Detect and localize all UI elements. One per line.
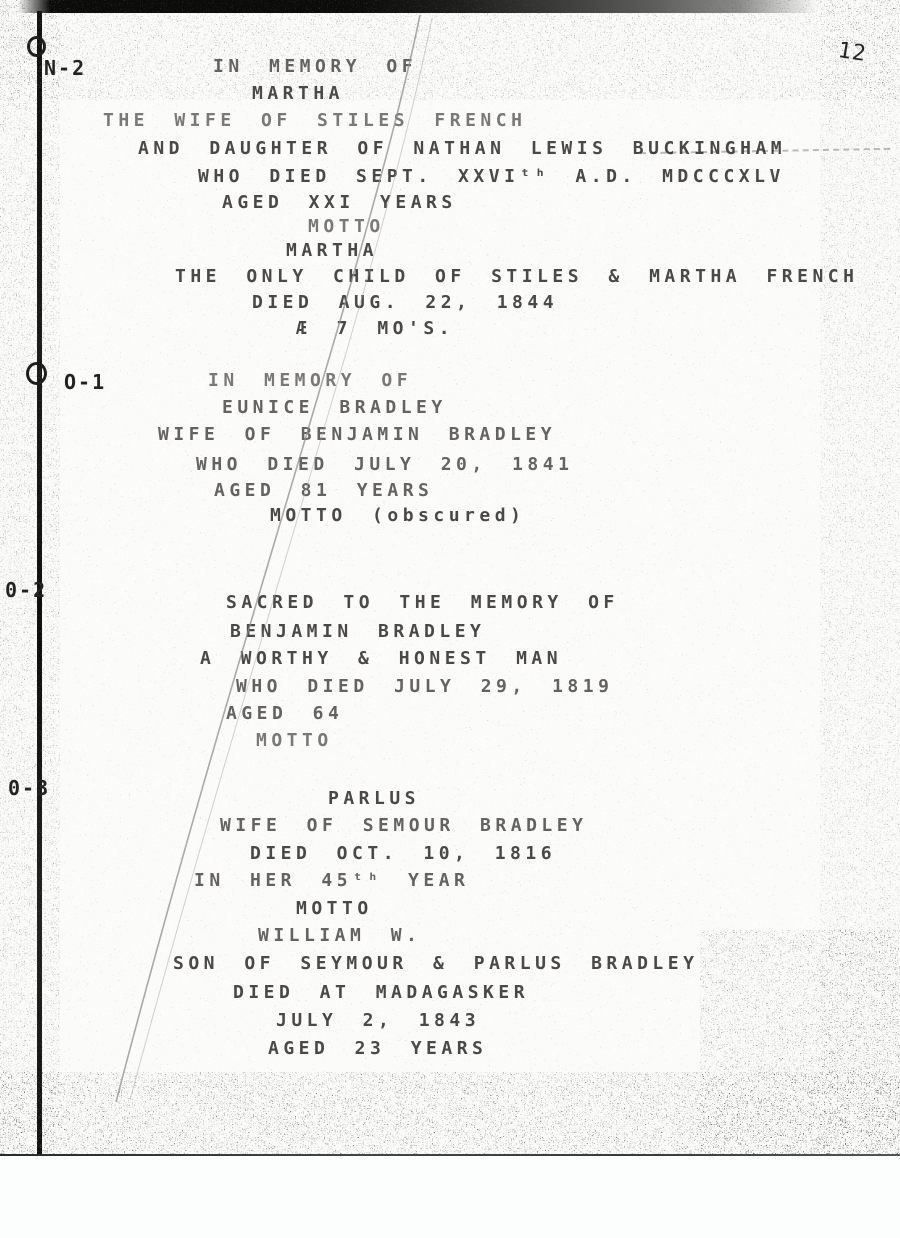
inscription-line: WIFE OF BENJAMIN BRADLEY [158, 424, 556, 445]
inscription-line: THE ONLY CHILD OF STILES & MARTHA FRENCH [175, 266, 858, 287]
page-number: 12 [836, 38, 868, 67]
top-binding-bar [18, 0, 818, 13]
inscription-line: Æ 7 MO'S. [296, 318, 454, 339]
inscription-line: AND DAUGHTER OF NATHAN LEWIS BUCKINGHAM [138, 138, 786, 159]
inscription-line: A WORTHY & HONEST MAN [200, 648, 562, 669]
section-label: O-1 [64, 370, 106, 394]
inscription-line: PARLUS [328, 788, 420, 809]
inscription-line: MARTHA [252, 83, 344, 104]
inscription-line: DIED OCT. 10, 1816 [250, 843, 556, 864]
inscription-line: DIED AUG. 22, 1844 [252, 292, 558, 313]
inscription-line: EUNICE BRADLEY [222, 397, 447, 418]
section-label: 0-2 [5, 578, 47, 602]
scanned-cemetery-inscription-page: 12 N-2 IN MEMORY OF MARTHA THE WIFE OF S… [0, 0, 900, 1238]
inscription-line: AGED 64 [226, 703, 343, 724]
inscription-line: MARTHA [286, 240, 378, 261]
inscription-line: WILLIAM W. [258, 925, 421, 946]
binding-loop-mark [26, 362, 47, 385]
inscription-line: IN MEMORY OF [213, 56, 417, 77]
section-label: N-2 [44, 56, 86, 80]
inscription-line: MOTTO [308, 216, 385, 237]
inscription-line: MOTTO [296, 898, 373, 919]
inscription-line: WHO DIED JULY 29, 1819 [236, 676, 613, 697]
inscription-line: WIFE OF SEMOUR BRADLEY [220, 815, 587, 836]
inscription-line: IN HER 45ᵗʰ YEAR [194, 870, 469, 891]
inscription-line: WHO DIED SEPT. XXVIᵗʰ A.D. MDCCCXLV [198, 166, 785, 187]
inscription-line: WHO DIED JULY 20, 1841 [196, 454, 573, 475]
section-label: 0-3 [8, 776, 50, 800]
inscription-line: SON OF SEYMOUR & PARLUS BRADLEY [173, 953, 698, 974]
inscription-line: AGED XXI YEARS [222, 192, 457, 213]
inscription-line: BENJAMIN BRADLEY [230, 621, 485, 642]
inscription-line: JULY 2, 1843 [276, 1010, 480, 1031]
inscription-line: IN MEMORY OF [208, 370, 412, 391]
binding-loop-mark [27, 36, 46, 57]
inscription-line: MOTTO (obscured) [270, 505, 525, 526]
inscription-line: AGED 81 YEARS [214, 480, 433, 501]
inscription-line: THE WIFE OF STILES FRENCH [103, 110, 526, 131]
inscription-line: AGED 23 YEARS [268, 1038, 487, 1059]
scanner-margin [0, 1156, 900, 1238]
inscription-line: DIED AT MADAGASKER [233, 982, 529, 1003]
inscription-line: MOTTO [256, 730, 333, 751]
inscription-line: SACRED TO THE MEMORY OF [226, 592, 619, 613]
